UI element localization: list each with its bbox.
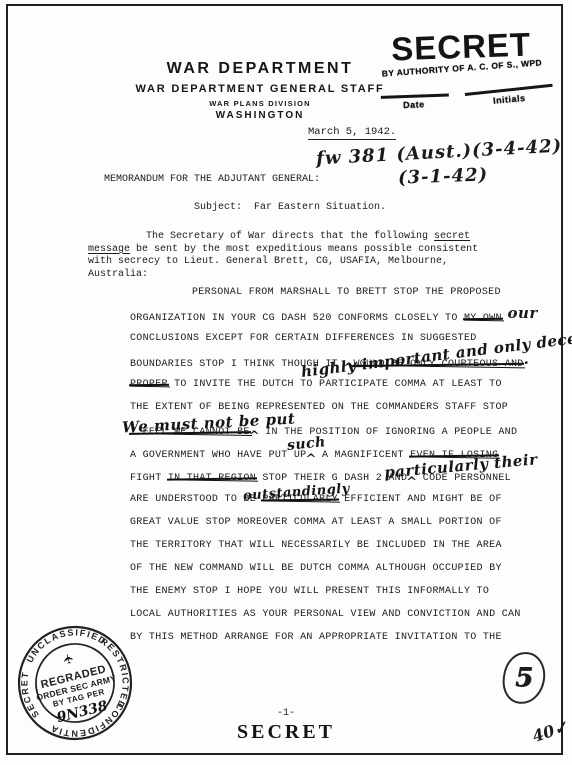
intro-line4: Australia: [88, 269, 478, 282]
airplane-icon: ✈ [61, 651, 78, 665]
insertion-caret: ^ [249, 429, 260, 444]
typed-text: CONCLUSIONS EXCEPT FOR CERTAIN DIFFERENC… [130, 333, 477, 344]
typed-text: PERSONAL FROM MARSHALL TO BRETT STOP THE… [192, 287, 501, 298]
circled-number-mark: 5 [500, 650, 547, 706]
letterhead: WAR DEPARTMENT WAR DEPARTMENT GENERAL ST… [120, 60, 400, 121]
stamp-rule-block: Date Initials [363, 82, 564, 115]
intro-line1: The Secretary of War directs that the fo… [88, 231, 478, 244]
telegram-line: BY THIS METHOD ARRANGE FOR AN APPROPRIAT… [130, 626, 538, 649]
letterhead-line3: WAR PLANS DIVISION [120, 99, 400, 108]
intro-line2-underlined: message [88, 244, 130, 255]
struck-text: PROPER [130, 379, 168, 390]
intro-line2-text: be sent by the most expeditious means po… [130, 244, 478, 255]
typed-text: THE ENEMY STOP I HOPE YOU WILL PRESENT T… [130, 586, 489, 597]
document-page: WAR DEPARTMENT WAR DEPARTMENT GENERAL ST… [0, 0, 572, 765]
handwritten-file-note-line1: fw 381 (Aust.)(3-4-42) [316, 136, 563, 170]
typed-text: ORGANIZATION IN YOUR CG DASH 520 CONFORM… [130, 313, 464, 324]
struck-text: MY OWN [464, 313, 502, 324]
typed-text: BY THIS METHOD ARRANGE FOR AN APPROPRIAT… [130, 632, 502, 643]
intro-line1-underlined: secret [434, 231, 470, 242]
typed-text: THE TERRITORY THAT WILL NECESSARILY BE I… [130, 540, 502, 551]
telegram-line: ORGANIZATION IN YOUR CG DASH 520 CONFORM… [130, 304, 538, 327]
subject-line: Subject: Far Eastern Situation. [194, 202, 386, 213]
date-label: Date [403, 99, 425, 110]
typed-text: EFFICIENT AND MIGHT BE OF [338, 494, 502, 505]
typed-text: A MAGNIFICENT [316, 450, 411, 461]
memo-heading: MEMORANDUM FOR THE ADJUTANT GENERAL: [104, 174, 320, 185]
telegram-line: THE TERRITORY THAT WILL NECESSARILY BE I… [130, 534, 538, 557]
circled-number: 5 [515, 663, 533, 693]
typed-date: March 5, 1942. [308, 126, 396, 140]
typed-text: LOCAL AUTHORITIES AS YOUR PERSONAL VIEW … [130, 609, 521, 620]
letterhead-line1: WAR DEPARTMENT [120, 60, 400, 78]
typed-text: A GOVERNMENT WHO HAVE PUT UP [130, 450, 306, 461]
letterhead-line2: WAR DEPARTMENT GENERAL STAFF [120, 83, 400, 95]
secret-stamp-top: SECRET BY AUTHORITY OF A. C. OF S., WPD … [361, 29, 564, 115]
typed-text: FIGHT [130, 473, 168, 484]
insertion-caret: ^ [305, 452, 316, 467]
telegram-line: LOCAL AUTHORITIES AS YOUR PERSONAL VIEW … [130, 603, 538, 626]
date-rule [381, 93, 449, 98]
handwritten-edit: our [502, 304, 538, 322]
intro-line1-text: The Secretary of War directs that the fo… [146, 231, 434, 242]
intro-line3: with secrecy to Lieut. General Brett, CG… [88, 256, 478, 269]
telegram-line: OF THE NEW COMMAND WILL BE DUTCH COMMA A… [130, 557, 538, 580]
handwritten-file-note-line2: (3-1-42) [398, 164, 489, 188]
telegram-line: THE ENEMY STOP I HOPE YOU WILL PRESENT T… [130, 580, 538, 603]
typed-text: OF THE NEW COMMAND WILL BE DUTCH COMMA A… [130, 563, 502, 574]
struck-text: IN THAT REGION [168, 473, 256, 484]
intro-paragraph: The Secretary of War directs that the fo… [88, 231, 478, 281]
intro-line2: message be sent by the most expeditious … [88, 244, 478, 257]
telegram-line: PERSONAL FROM MARSHALL TO BRETT STOP THE… [130, 281, 538, 304]
initials-label: Initials [493, 93, 526, 106]
letterhead-line4: WASHINGTON [120, 110, 400, 121]
typed-text: TO INVITE THE DUTCH TO PARTICIPATE COMMA… [168, 379, 502, 390]
typed-text: THE EXTENT OF BEING REPRESENTED ON THE C… [130, 402, 508, 413]
telegram-line: GREAT VALUE STOP MOREOVER COMMA AT LEAST… [130, 511, 538, 534]
typed-text: GREAT VALUE STOP MOREOVER COMMA AT LEAST… [130, 517, 502, 528]
